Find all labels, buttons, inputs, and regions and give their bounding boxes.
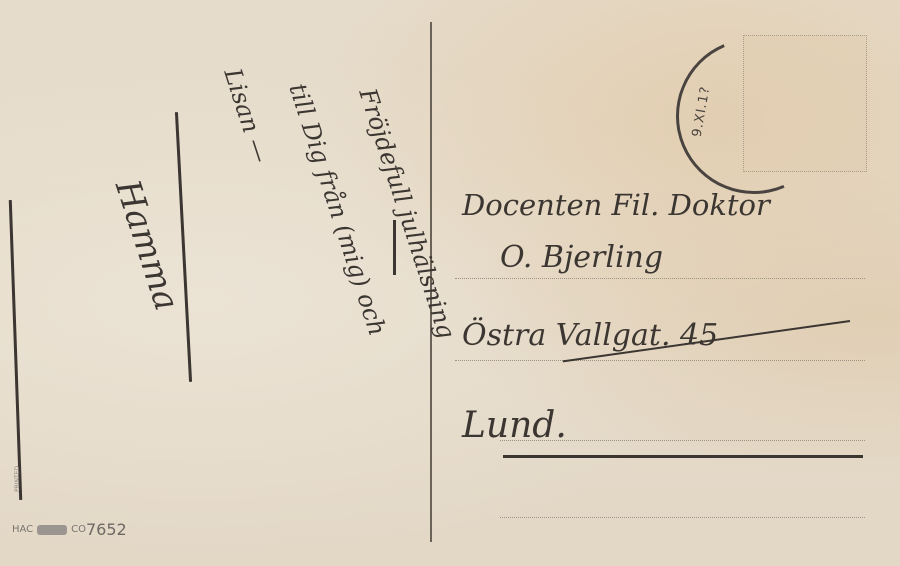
message-dash-2 — [393, 220, 396, 275]
publisher-logo: HAC CO — [12, 524, 86, 535]
signature-underline — [9, 200, 22, 500]
publisher-logo-left: HAC — [12, 524, 33, 535]
printer-tiny-text: PRINTED — [14, 466, 21, 492]
message-line-3: Lisan — — [218, 65, 275, 166]
card-number: 7652 — [86, 520, 127, 539]
address-line-2 — [455, 360, 865, 361]
address-street: Östra Vallgat. 45 — [462, 318, 718, 353]
signature: Hamma — [107, 175, 187, 315]
address-city: Lund. — [462, 405, 567, 446]
message-dash-1 — [175, 112, 192, 382]
publisher-logo-icon — [37, 525, 67, 535]
postcard-back: 9.XI.1? Docenten Fil. Doktor O. Bjerling… — [0, 0, 900, 566]
address-name: O. Bjerling — [500, 240, 663, 275]
publisher-logo-right: CO — [71, 524, 86, 535]
address-line-1 — [455, 278, 865, 279]
address-title: Docenten Fil. Doktor — [462, 188, 770, 222]
city-underline — [503, 455, 863, 458]
address-line-4 — [500, 517, 865, 518]
